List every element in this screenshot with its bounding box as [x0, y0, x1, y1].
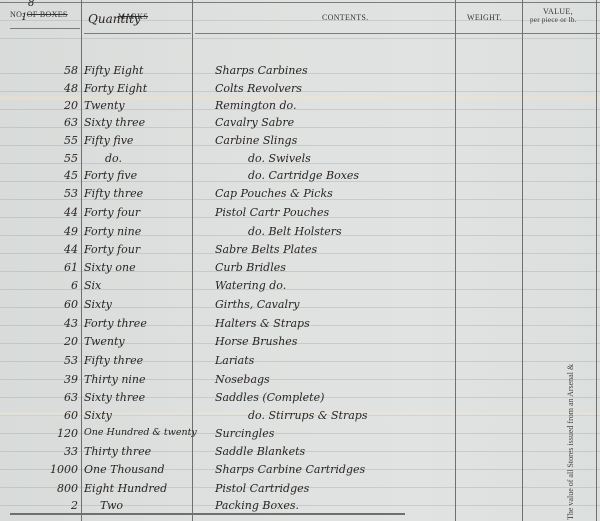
- ledger-row: 800Eight HundredPistol Cartridges: [0, 482, 600, 499]
- row-number: 48: [64, 82, 78, 95]
- ledger-row: 63Sixty threeSaddles (Complete): [0, 391, 600, 408]
- row-contents: Colts Revolvers: [215, 82, 302, 95]
- row-number: 60: [64, 409, 78, 422]
- header-contents: CONTENTS.: [322, 13, 368, 22]
- row-quantity: Sixty three: [84, 116, 145, 129]
- row-quantity: Eight Hundred: [84, 482, 167, 495]
- row-contents: Sharps Carbine Cartridges: [215, 463, 365, 476]
- row-quantity: Forty three: [84, 317, 147, 330]
- header-rule: [84, 33, 191, 34]
- row-number-cell: 48: [40, 82, 78, 99]
- header-top-rule: [0, 2, 600, 3]
- header-value: VALUE,: [543, 7, 573, 16]
- row-quantity: Forty five: [84, 169, 137, 182]
- row-number-cell: 53: [40, 187, 78, 204]
- row-number-cell: 53: [40, 354, 78, 371]
- row-contents: Surcingles: [215, 427, 274, 440]
- row-contents: Halters & Straps: [215, 317, 310, 330]
- row-number: 800: [57, 482, 78, 495]
- row-number: 63: [64, 116, 78, 129]
- row-number-cell: 55: [40, 152, 78, 169]
- row-number-cell: 45: [40, 169, 78, 186]
- row-number-cell: 44: [40, 243, 78, 260]
- ledger-row: 60SixtyGirths, Cavalry: [0, 298, 600, 315]
- header-no-of-boxes: No. OF BOXES: [10, 10, 68, 19]
- ledger-row: 6SixWatering do.: [0, 279, 600, 296]
- row-number: 63: [64, 391, 78, 404]
- ledger-row: 44Forty fourSabre Belts Plates: [0, 243, 600, 260]
- row-number-cell: 63: [40, 391, 78, 408]
- row-number: 43: [64, 317, 78, 330]
- row-number-cell: 44: [40, 206, 78, 223]
- ledger-row: 20TwentyHorse Brushes: [0, 335, 600, 352]
- row-contents: Curb Bridles: [215, 261, 286, 274]
- row-contents: Sharps Carbines: [215, 64, 308, 77]
- ledger-row: 58Fifty EightSharps Carbines: [0, 64, 600, 81]
- ledger-row: 33Thirty threeSaddle Blankets: [0, 445, 600, 462]
- row-number-cell: 20: [40, 335, 78, 352]
- ledger-row: 61Sixty oneCurb Bridles: [0, 261, 600, 278]
- row-contents: Lariats: [215, 354, 254, 367]
- row-number: 2: [71, 499, 78, 512]
- ledger-row: 53Fifty threeLariats: [0, 354, 600, 371]
- row-number-cell: 800: [40, 482, 78, 499]
- row-quantity: Forty four: [84, 206, 140, 219]
- row-number: 6: [71, 279, 78, 292]
- side-note: The value of all Stores issued from an A…: [566, 364, 575, 520]
- ledger-row: 45Forty fivedo. Cartridge Boxes: [0, 169, 600, 186]
- ledger-row: 63Sixty threeCavalry Sabre: [0, 116, 600, 133]
- row-number-cell: 20: [40, 99, 78, 116]
- bottom-rule: [10, 513, 405, 515]
- ledger-row: 53Fifty threeCap Pouches & Picks: [0, 187, 600, 204]
- row-number-cell: 60: [40, 298, 78, 315]
- row-number: 55: [64, 134, 78, 147]
- row-quantity: Twenty: [84, 335, 125, 348]
- row-contents: Carbine Slings: [215, 134, 297, 147]
- ledger-row: 44Forty fourPistol Cartr Pouches: [0, 206, 600, 223]
- header-quantity: Quantity: [88, 12, 141, 26]
- ledger-row: 39Thirty nineNosebags: [0, 373, 600, 390]
- row-quantity: Two: [100, 499, 123, 512]
- row-number: 60: [64, 298, 78, 311]
- row-quantity: Fifty Eight: [84, 64, 143, 77]
- row-contents: do. Swivels: [248, 152, 311, 165]
- row-number-cell: 43: [40, 317, 78, 334]
- row-number: 20: [64, 99, 78, 112]
- row-quantity: Thirty three: [84, 445, 151, 458]
- row-contents: Watering do.: [215, 279, 286, 292]
- row-number: 45: [64, 169, 78, 182]
- row-number: 61: [64, 261, 78, 274]
- row-quantity: Fifty three: [84, 187, 143, 200]
- row-contents: do. Belt Holsters: [248, 225, 342, 238]
- row-contents: Sabre Belts Plates: [215, 243, 317, 256]
- header-rule: [195, 33, 600, 34]
- row-quantity: do.: [105, 152, 122, 165]
- ledger-row: 49Forty ninedo. Belt Holsters: [0, 225, 600, 242]
- row-quantity: Sixty: [84, 409, 112, 422]
- header-no-handwritten: 8: [28, 0, 34, 9]
- row-quantity: Sixty three: [84, 391, 145, 404]
- row-number: 1000: [50, 463, 78, 476]
- row-number: 53: [64, 354, 78, 367]
- row-number-cell: 120: [40, 427, 78, 444]
- row-contents: Nosebags: [215, 373, 270, 386]
- row-number-cell: 61: [40, 261, 78, 278]
- header-weight: WEIGHT.: [467, 13, 502, 22]
- row-contents: do. Cartridge Boxes: [248, 169, 359, 182]
- row-number-cell: 6: [40, 279, 78, 296]
- header-no-handwritten-2: 1: [21, 12, 27, 23]
- row-contents: Girths, Cavalry: [215, 298, 299, 311]
- row-quantity: Thirty nine: [84, 373, 146, 386]
- ledger-row: 20TwentyRemington do.: [0, 99, 600, 116]
- row-contents: Pistol Cartridges: [215, 482, 309, 495]
- row-quantity: Sixty: [84, 298, 112, 311]
- row-quantity: One Thousand: [84, 463, 165, 476]
- row-contents: Cavalry Sabre: [215, 116, 294, 129]
- row-contents: Horse Brushes: [215, 335, 297, 348]
- row-quantity: Forty nine: [84, 225, 141, 238]
- row-quantity: Twenty: [84, 99, 125, 112]
- row-number-cell: 39: [40, 373, 78, 390]
- row-quantity: Fifty five: [84, 134, 133, 147]
- header-rule: [10, 28, 80, 29]
- row-number-cell: 60: [40, 409, 78, 426]
- row-quantity: Six: [84, 279, 101, 292]
- row-number: 53: [64, 187, 78, 200]
- row-number-cell: 58: [40, 64, 78, 81]
- row-number: 39: [64, 373, 78, 386]
- row-quantity: One Hundred & twenty: [84, 427, 197, 438]
- row-number-cell: 33: [40, 445, 78, 462]
- row-contents: do. Stirrups & Straps: [248, 409, 367, 422]
- row-contents: Pistol Cartr Pouches: [215, 206, 329, 219]
- row-quantity: Sixty one: [84, 261, 136, 274]
- row-number-cell: 55: [40, 134, 78, 151]
- ledger-row: 48Forty EightColts Revolvers: [0, 82, 600, 99]
- row-number: 49: [64, 225, 78, 238]
- row-contents: Remington do.: [215, 99, 296, 112]
- row-number: 33: [64, 445, 78, 458]
- row-number: 55: [64, 152, 78, 165]
- row-quantity: Forty Eight: [84, 82, 147, 95]
- row-number-cell: 63: [40, 116, 78, 133]
- ledger-row: 120One Hundred & twentySurcingles: [0, 427, 600, 444]
- ledger-row: 43Forty threeHalters & Straps: [0, 317, 600, 334]
- ledger-row: 55do.do. Swivels: [0, 152, 600, 169]
- row-quantity: Forty four: [84, 243, 140, 256]
- row-number-cell: 1000: [40, 463, 78, 480]
- header-value-sub: per piece or lb.: [530, 16, 577, 24]
- ledger-row: 60Sixtydo. Stirrups & Straps: [0, 409, 600, 426]
- row-number: 120: [57, 427, 78, 440]
- row-contents: Cap Pouches & Picks: [215, 187, 333, 200]
- row-number: 44: [64, 206, 78, 219]
- row-number: 58: [64, 64, 78, 77]
- row-number-cell: 49: [40, 225, 78, 242]
- ledger-sheet: No. OF BOXES 8 1 MARKS Quantity CONTENTS…: [0, 0, 600, 521]
- row-quantity: Fifty three: [84, 354, 143, 367]
- row-number: 44: [64, 243, 78, 256]
- row-contents: Packing Boxes.: [215, 499, 299, 512]
- row-number: 20: [64, 335, 78, 348]
- row-contents: Saddles (Complete): [215, 391, 324, 404]
- ledger-row: 1000One ThousandSharps Carbine Cartridge…: [0, 463, 600, 480]
- ledger-row: 55Fifty fiveCarbine Slings: [0, 134, 600, 151]
- row-contents: Saddle Blankets: [215, 445, 305, 458]
